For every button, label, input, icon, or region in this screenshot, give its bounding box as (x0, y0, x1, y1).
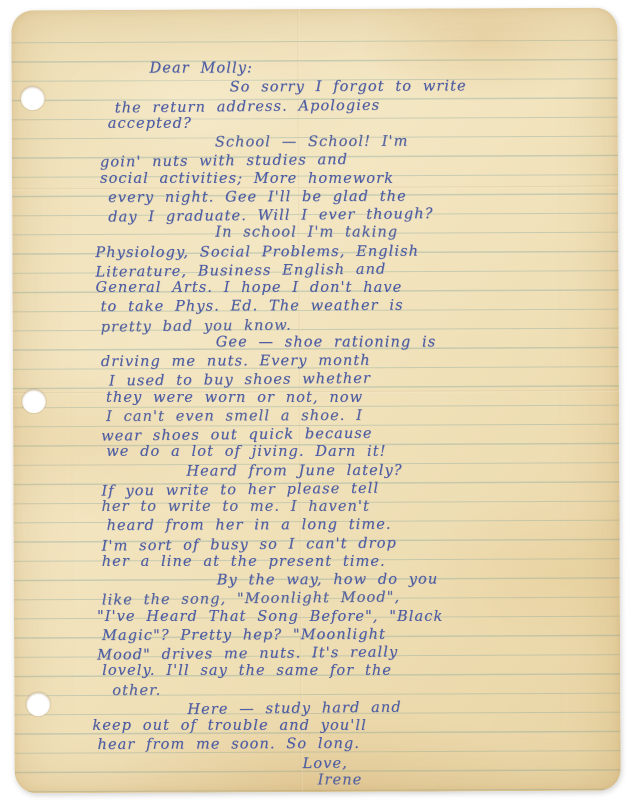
letter-line: Gee — shoe rationing is (216, 333, 619, 351)
letter-signoff: Love, (302, 751, 620, 773)
letter-line: accepted? (108, 115, 618, 133)
letter-line: General Arts. I hope I don't have (96, 279, 619, 297)
letter-line: like the song, "Moonlight Mood", (102, 586, 620, 610)
letter-line: In school I'm taking (215, 224, 618, 242)
letter-line: the return address. Apologies (115, 94, 618, 118)
letter-line: hear from me soon. So long. (97, 734, 620, 755)
letter-line: they were worn or not, now (106, 388, 619, 406)
letter-line: goin' nuts with studies and (100, 148, 618, 172)
letter-body: Dear Molly: So sorry I forgot to write t… (12, 59, 621, 792)
letter-line: "I've Heard That Song Before", "Black (97, 607, 620, 625)
letter-greeting: Dear Molly: (150, 60, 618, 78)
letter-line: lovely. I'll say the same for the (102, 662, 620, 680)
letter-page: Dear Molly: So sorry I forgot to write t… (11, 8, 620, 794)
letter-line: keep out of trouble and you'll (92, 717, 620, 735)
letter-line: I used to buy shoes whether (109, 367, 619, 391)
letter-line: her to write to me. I haven't (101, 498, 619, 516)
letter-line: social activities; More homework (100, 169, 618, 187)
letter-line: Here — study hard and (187, 696, 620, 719)
letter-signature: Irene (318, 771, 621, 789)
letter-line: her a line at the present time. (102, 553, 620, 571)
letter-line: I'm sort of busy so I can't drop (102, 532, 620, 556)
letter-line: we do a lot of jiving. Darn it! (106, 443, 619, 461)
scanned-letter-background: Dear Molly: So sorry I forgot to write t… (0, 0, 635, 800)
